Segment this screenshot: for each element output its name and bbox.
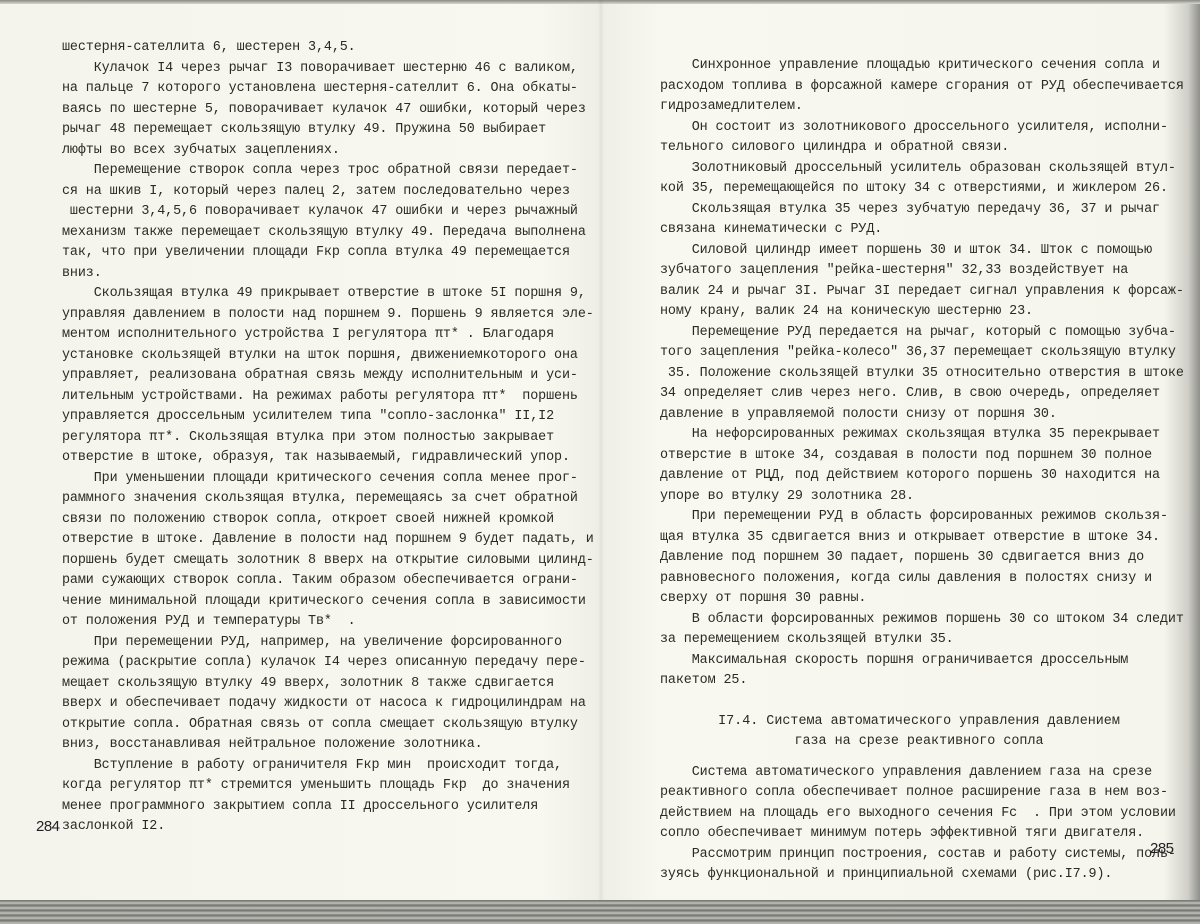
- text-line: Давление под поршнем 30 падает, поршень …: [660, 548, 1178, 569]
- book-gutter: [598, 0, 604, 900]
- page-number-left: 284: [36, 818, 60, 835]
- text-line: сопло обеспечивает минимум потерь эффект…: [660, 824, 1178, 845]
- text-line: Вступление в работу ограничителя Fкр мин…: [62, 756, 572, 777]
- text-line: заслонкой I2.: [62, 817, 572, 838]
- text-line: отверстие в штоке 34, создавая в полости…: [660, 446, 1178, 467]
- right-page-body-bottom: Система автоматического управления давле…: [660, 763, 1178, 886]
- text-line: реактивного сопла обеспечивает полное ра…: [660, 783, 1178, 804]
- text-line: расходом топлива в форсажной камере сгор…: [660, 77, 1178, 98]
- text-line: от положения РУД и температуры Тв* .: [62, 612, 572, 633]
- text-line: управляется дроссельным усилителем типа …: [62, 407, 572, 428]
- text-line: отверстие в штоке, образуя, так называем…: [62, 448, 572, 469]
- text-line: установке скользящей втулки на шток порш…: [62, 346, 572, 367]
- text-line: Золотниковый дроссельный усилитель образ…: [660, 159, 1178, 180]
- text-line: рычаг 48 перемещает скользящую втулку 49…: [62, 120, 572, 141]
- section-heading-line-1: I7.4. Система автоматического управления…: [660, 712, 1178, 733]
- text-line: отверстие в штоке. Давление в полости на…: [62, 530, 572, 551]
- text-line: В области форсированных режимов поршень …: [660, 610, 1178, 631]
- text-line: Перемещение створок сопла через трос обр…: [62, 161, 572, 182]
- text-line: рами сужающих створок сопла. Таким образ…: [62, 571, 572, 592]
- text-line: шестерни 3,4,5,6 поворачивает кулачок 47…: [62, 202, 572, 223]
- text-line: управляет, реализована обратная связь ме…: [62, 366, 572, 387]
- text-line: действием на площадь его выходного сечен…: [660, 804, 1178, 825]
- text-line: Скользящая втулка 35 через зубчатую пере…: [660, 200, 1178, 221]
- text-line: на пальце 7 которого установлена шестерн…: [62, 79, 572, 100]
- text-line: Силовой цилиндр имеет поршень 30 и шток …: [660, 241, 1178, 262]
- text-line: При перемещении РУД в область форсирован…: [660, 507, 1178, 528]
- text-line: 34 определяет слив через него. Слив, в с…: [660, 384, 1178, 405]
- text-line: давление от РЦД, под действием которого …: [660, 466, 1178, 487]
- text-line: Максимальная скорость поршня ограничивае…: [660, 651, 1178, 672]
- right-page-body-top: Синхронное управление площадью критическ…: [660, 56, 1178, 692]
- text-line: вверх и обеспечивает подачу жидкости от …: [62, 694, 572, 715]
- text-line: ментом исполнительного устройства I регу…: [62, 325, 572, 346]
- text-line: мещает скользящую втулку 49 вверх, золот…: [62, 674, 572, 695]
- text-line: шестерня-сателлита 6, шестерен 3,4,5.: [62, 38, 572, 59]
- text-line: Скользящая втулка 49 прикрывает отверсти…: [62, 284, 572, 305]
- text-line: Синхронное управление площадью критическ…: [660, 56, 1178, 77]
- text-line: щая втулка 35 сдвигается вниз и открывае…: [660, 528, 1178, 549]
- text-line: ному крану, валик 24 на коническую шесте…: [660, 302, 1178, 323]
- text-line: На нефорсированных режимах скользящая вт…: [660, 425, 1178, 446]
- text-line: регулятора πт*. Скользящая втулка при эт…: [62, 428, 572, 449]
- text-line: При уменьшении площади критического сече…: [62, 469, 572, 490]
- text-line: когда регулятор πт* стремится уменьшить …: [62, 776, 572, 797]
- text-line: При перемещении РУД, например, на увелич…: [62, 633, 572, 654]
- text-line: люфты во всех зубчатых зацеплениях.: [62, 141, 572, 162]
- text-line: Рассмотрим принцип построения, состав и …: [660, 845, 1178, 866]
- text-line: связи по положению створок сопла, открое…: [62, 510, 572, 531]
- text-line: вниз.: [62, 264, 572, 285]
- text-line: вниз, восстанавливая нейтральное положен…: [62, 735, 572, 756]
- text-line: давление в управляемой полости снизу от …: [660, 405, 1178, 426]
- text-line: тельного силового цилиндра и обратной св…: [660, 138, 1178, 159]
- text-line: так, что при увеличении площади Fкр сопл…: [62, 243, 572, 264]
- text-line: режима (раскрытие сопла) кулачок I4 чере…: [62, 653, 572, 674]
- text-line: раммного значения скользящая втулка, пер…: [62, 489, 572, 510]
- text-line: механизм также перемещает скользящую вту…: [62, 223, 572, 244]
- text-line: пакетом 25.: [660, 671, 1178, 692]
- text-line: упоре во втулку 29 золотника 28.: [660, 487, 1178, 508]
- text-line: кой 35, перемещающейся по штоку 34 с отв…: [660, 179, 1178, 200]
- text-line: поршень будет смещать золотник 8 вверх н…: [62, 551, 572, 572]
- text-line: зубчатого зацепления "рейка-шестерня" 32…: [660, 261, 1178, 282]
- text-line: ся на шкив I, который через палец 2, зат…: [62, 182, 572, 203]
- page-bottom-edge: [0, 900, 1200, 924]
- text-line: менее программного закрытием сопла II др…: [62, 797, 572, 818]
- text-line: Он состоит из золотникового дроссельного…: [660, 118, 1178, 139]
- text-line: зуясь функциональной и принципиальной сх…: [660, 865, 1178, 886]
- left-page: шестерня-сателлита 6, шестерен 3,4,5. Ку…: [62, 38, 572, 838]
- text-line: валик 24 и рычаг 3I. Рычаг 3I передает с…: [660, 282, 1178, 303]
- text-line: Система автоматического управления давле…: [660, 763, 1178, 784]
- section-heading-line-2: газа на срезе реактивного сопла: [660, 732, 1178, 753]
- book-spread: шестерня-сателлита 6, шестерен 3,4,5. Ку…: [0, 0, 1200, 924]
- text-line: сверху от поршня 30 равны.: [660, 589, 1178, 610]
- text-line: открытие сопла. Обратная связь от сопла …: [62, 715, 572, 736]
- text-line: связана кинематически с РУД.: [660, 220, 1178, 241]
- text-line: чение минимальной площади критического с…: [62, 592, 572, 613]
- text-line: Перемещение РУД передается на рычаг, кот…: [660, 323, 1178, 344]
- text-line: лительным устройствами. На режимах работ…: [62, 387, 572, 408]
- text-line: равновесного положения, когда силы давле…: [660, 569, 1178, 590]
- section-heading: I7.4. Система автоматического управления…: [660, 712, 1178, 753]
- text-line: за перемещением скользящей втулки 35.: [660, 630, 1178, 651]
- text-line: гидрозамедлителем.: [660, 97, 1178, 118]
- text-line: 35. Положение скользящей втулки 35 относ…: [660, 364, 1178, 385]
- text-line: того зацепления "рейка-колесо" 36,37 пер…: [660, 343, 1178, 364]
- text-line: ваясь по шестерне 5, поворачивает кулачо…: [62, 100, 572, 121]
- right-page: Синхронное управление площадью критическ…: [660, 56, 1178, 886]
- text-line: Кулачок I4 через рычаг I3 поворачивает ш…: [62, 59, 572, 80]
- text-line: управляя давлением в полости над поршнем…: [62, 305, 572, 326]
- page-number-right: 285: [1150, 840, 1174, 857]
